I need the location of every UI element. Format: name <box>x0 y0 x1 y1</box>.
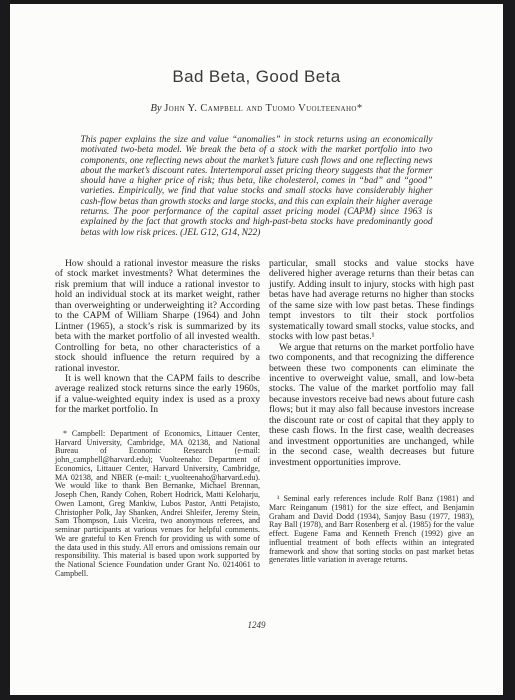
body-paragraph: particular, small stocks and value stock… <box>269 259 474 343</box>
two-column-body: How should a rational investor measure t… <box>55 259 474 579</box>
abstract: This paper explains the size and value “… <box>81 135 433 238</box>
byline: By John Y. Campbell and Tuomo Vuolteenah… <box>10 103 503 114</box>
article-title: Bad Beta, Good Beta <box>10 67 503 87</box>
byline-prefix: By <box>150 103 161 114</box>
journal-page: Bad Beta, Good Beta By John Y. Campbell … <box>10 4 503 695</box>
left-column: How should a rational investor measure t… <box>55 259 260 579</box>
body-paragraph: How should a rational investor measure t… <box>55 259 260 374</box>
body-paragraph: We argue that returns on the market port… <box>269 343 474 468</box>
right-column: particular, small stocks and value stock… <box>269 259 474 579</box>
page-number: 1249 <box>10 620 503 630</box>
body-paragraph: It is well known that the CAPM fails to … <box>55 374 260 416</box>
byline-authors: John Y. Campbell and Tuomo Vuolteenaho* <box>164 103 362 114</box>
footnote-1: ¹ Seminal early references include Rolf … <box>269 495 474 565</box>
author-footnote: * Campbell: Department of Economics, Lit… <box>55 430 260 579</box>
